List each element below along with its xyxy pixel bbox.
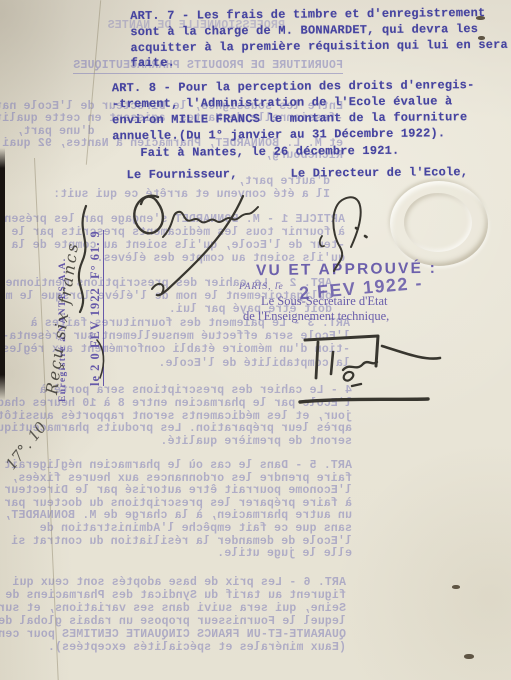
undersecretary-stamp-line1: Le Sous-Secrétaire d'Etat <box>261 294 388 309</box>
registration-stamp-date: le 2 0 FEV 1922 F° 61. 9 <box>88 230 104 386</box>
paper-speck <box>478 36 485 40</box>
article-8-paragraph: ART. 8 - Pour la perception des droits d… <box>112 77 475 144</box>
place-date-line: Fait à Nantes, le 26 décembre 1921. <box>140 144 399 162</box>
supplier-signature-label: Le Fournisseur, <box>126 167 237 184</box>
article-7-paragraph: ART. 7 - Les frais de timbre et d'enregi… <box>130 6 508 72</box>
undersecretary-stamp-line2: de l'Enseignement technique, <box>243 309 389 324</box>
scan-edge-shadow <box>0 148 5 400</box>
text-line: faite. <box>131 53 509 72</box>
scanned-document-page: PROFESSIONNELLE DE NANTES FOURNITURE DE … <box>0 0 511 680</box>
text-line: annuelle.(Du 1° janvier au 31 Décembre 1… <box>112 125 475 144</box>
paper-speck <box>464 654 474 659</box>
director-signature-label: Le Directeur de l'Ecole, <box>290 165 468 182</box>
paris-stamp-label: PARIS, le <box>239 282 284 292</box>
paper-speck <box>452 585 460 589</box>
paper-speck <box>476 16 485 20</box>
